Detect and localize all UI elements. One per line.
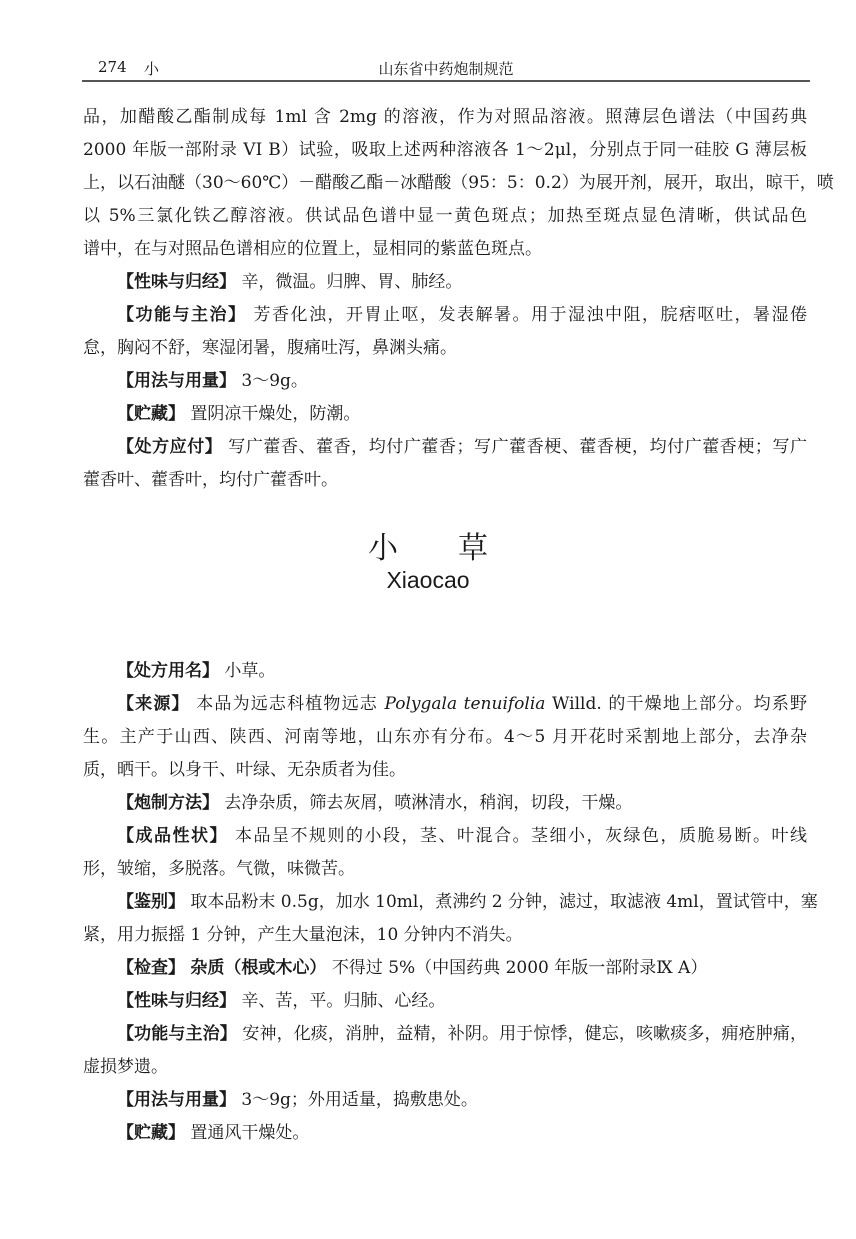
- section-usage-dosage: 【用法与用量】 3～9g；外用适量，捣敷患处。: [83, 1084, 807, 1117]
- text-line: 质，晒干。以身干、叶绿、无杂质者为佳。: [83, 754, 807, 787]
- header-rule: [82, 80, 810, 82]
- text-line: 形，皱缩，多脱落。气微，味微苦。: [83, 853, 807, 886]
- section-product-characteristics: 【成品性状】 本品呈不规则的小段，茎、叶混合。茎细小，灰绿色，质脆易断。叶线: [83, 820, 807, 853]
- entry-title-char: 草: [458, 531, 488, 566]
- section-text: 3～9g。: [241, 371, 308, 391]
- book-title: 山东省中药炮制规范: [82, 58, 810, 79]
- section-storage: 【贮藏】 置阴凉干燥处，防潮。: [83, 398, 807, 431]
- text-line: 紧，用力振摇 1 分钟，产生大量泡沫，10 分钟内不消失。: [83, 919, 807, 952]
- section-text: 置阴凉干燥处，防潮。: [190, 404, 360, 424]
- entry-pinyin: Xiaocao: [0, 567, 856, 594]
- text-line: 2000 年版一部附录 VI B）试验，吸取上述两种溶液各 1～2μl，分别点于…: [83, 134, 807, 167]
- entry-title-char: 小: [368, 531, 398, 566]
- entry-title: 小草: [0, 523, 856, 567]
- section-label: 【来源】: [117, 694, 190, 714]
- previous-entry: 品，加醋酸乙酯制成每 1ml 含 2mg 的溶液，作为对照品溶液。照薄层色谱法（…: [83, 101, 807, 497]
- section-label: 【功能与主治】: [117, 1024, 237, 1044]
- section-prescription-name: 【处方用名】 小草。: [83, 655, 807, 688]
- section-text: 辛、苦，平。归肺、心经。: [241, 991, 445, 1011]
- section-label: 【处方用名】: [117, 661, 219, 681]
- section-text: 3～9g；外用适量，捣敷患处。: [241, 1090, 478, 1110]
- section-text: 安神，化痰，消肿，益精，补阴。用于惊悸，健忘，咳嗽痰多，痈疮肿痛，: [242, 1024, 807, 1044]
- text-line: 藿香叶、藿香叶，均付广藿香叶。: [83, 464, 807, 497]
- section-label: 【功能与主治】: [117, 305, 247, 325]
- section-text: 小草。: [224, 661, 275, 681]
- entry-body: 【处方用名】 小草。 【来源】 本品为远志科植物远志 Polygala tenu…: [83, 655, 807, 1150]
- text-line: 品，加醋酸乙酯制成每 1ml 含 2mg 的溶液，作为对照品溶液。照薄层色谱法（…: [83, 101, 807, 134]
- section-processing-method: 【炮制方法】 去净杂质，筛去灰屑，喷淋清水，稍润，切段，干燥。: [83, 787, 807, 820]
- section-function-indication: 【功能与主治】 安神，化痰，消肿，益精，补阴。用于惊悸，健忘，咳嗽痰多，痈疮肿痛…: [83, 1018, 807, 1051]
- text-line: 以 5%三氯化铁乙醇溶液。供试品色谱中显一黄色斑点；加热至斑点显色清晰，供试品色: [83, 200, 807, 233]
- section-usage-dosage: 【用法与用量】 3～9g。: [83, 365, 807, 398]
- section-label: 【处方应付】: [117, 437, 222, 457]
- section-label: 【贮藏】: [117, 1123, 185, 1143]
- section-text: 本品呈不规则的小段，茎、叶混合。茎细小，灰绿色，质脆易断。叶线: [235, 826, 807, 846]
- text-line: 谱中，在与对照品色谱相应的位置上，显相同的紫蓝色斑点。: [83, 233, 807, 266]
- section-flavor-meridian: 【性味与归经】 辛，微温。归脾、胃、肺经。: [83, 266, 807, 299]
- section-text: 取本品粉末 0.5g，加水 10ml，煮沸约 2 分钟，滤过，取滤液 4ml，置…: [190, 892, 817, 912]
- section-label: 【鉴别】: [117, 892, 185, 912]
- section-inspection: 【检查】 杂质（根或木心） 不得过 5%（中国药典 2000 年版一部附录Ⅸ A…: [83, 952, 807, 985]
- text-line: 虚损梦遗。: [83, 1051, 807, 1084]
- section-text: 置通风干燥处。: [190, 1123, 309, 1143]
- section-identification: 【鉴别】 取本品粉末 0.5g，加水 10ml，煮沸约 2 分钟，滤过，取滤液 …: [83, 886, 807, 919]
- section-prescription-dispensing: 【处方应付】 写广藿香、藿香，均付广藿香；写广藿香梗、藿香梗，均付广藿香梗；写广: [83, 431, 807, 464]
- section-text: Willd. 的干燥地上部分。均系野: [545, 694, 807, 714]
- section-label: 【检查】: [117, 958, 185, 978]
- section-label: 【贮藏】: [117, 404, 185, 424]
- section-storage: 【贮藏】 置通风干燥处。: [83, 1117, 807, 1150]
- text-line: 怠，胸闷不舒，寒湿闭暑，腹痛吐泻，鼻渊头痛。: [83, 332, 807, 365]
- section-source: 【来源】 本品为远志科植物远志 Polygala tenuifolia Will…: [83, 688, 807, 721]
- latin-name: Polygala tenuifolia: [384, 694, 545, 714]
- text-line: 上，以石油醚（30～60℃）－醋酸乙酯－冰醋酸（95：5：0.2）为展开剂，展开…: [83, 167, 807, 200]
- running-header: 274 小 山东省中药炮制规范: [82, 56, 810, 80]
- section-text: 本品为远志科植物远志: [196, 694, 384, 714]
- section-sublabel: 杂质（根或木心）: [190, 958, 326, 978]
- text-line: 生。主产于山西、陕西、河南等地，山东亦有分布。4～5 月开花时采割地上部分，去净…: [83, 721, 807, 754]
- section-text: 芳香化浊，开胃止呕，发表解暑。用于湿浊中阻，脘痞呕吐，暑湿倦: [253, 305, 807, 325]
- section-text: 不得过 5%（中国药典 2000 年版一部附录Ⅸ A）: [332, 958, 708, 978]
- section-text: 去净杂质，筛去灰屑，喷淋清水，稍润，切段，干燥。: [224, 793, 632, 813]
- section-label: 【用法与用量】: [117, 371, 236, 391]
- section-label: 【性味与归经】: [117, 991, 236, 1011]
- section-label: 【成品性状】: [117, 826, 228, 846]
- section-text: 写广藿香、藿香，均付广藿香；写广藿香梗、藿香梗，均付广藿香梗；写广: [228, 437, 807, 457]
- section-text: 辛，微温。归脾、胃、肺经。: [241, 272, 462, 292]
- section-function-indication: 【功能与主治】 芳香化浊，开胃止呕，发表解暑。用于湿浊中阻，脘痞呕吐，暑湿倦: [83, 299, 807, 332]
- section-label: 【用法与用量】: [117, 1090, 236, 1110]
- section-label: 【炮制方法】: [117, 793, 219, 813]
- section-label: 【性味与归经】: [117, 272, 236, 292]
- section-flavor-meridian: 【性味与归经】 辛、苦，平。归肺、心经。: [83, 985, 807, 1018]
